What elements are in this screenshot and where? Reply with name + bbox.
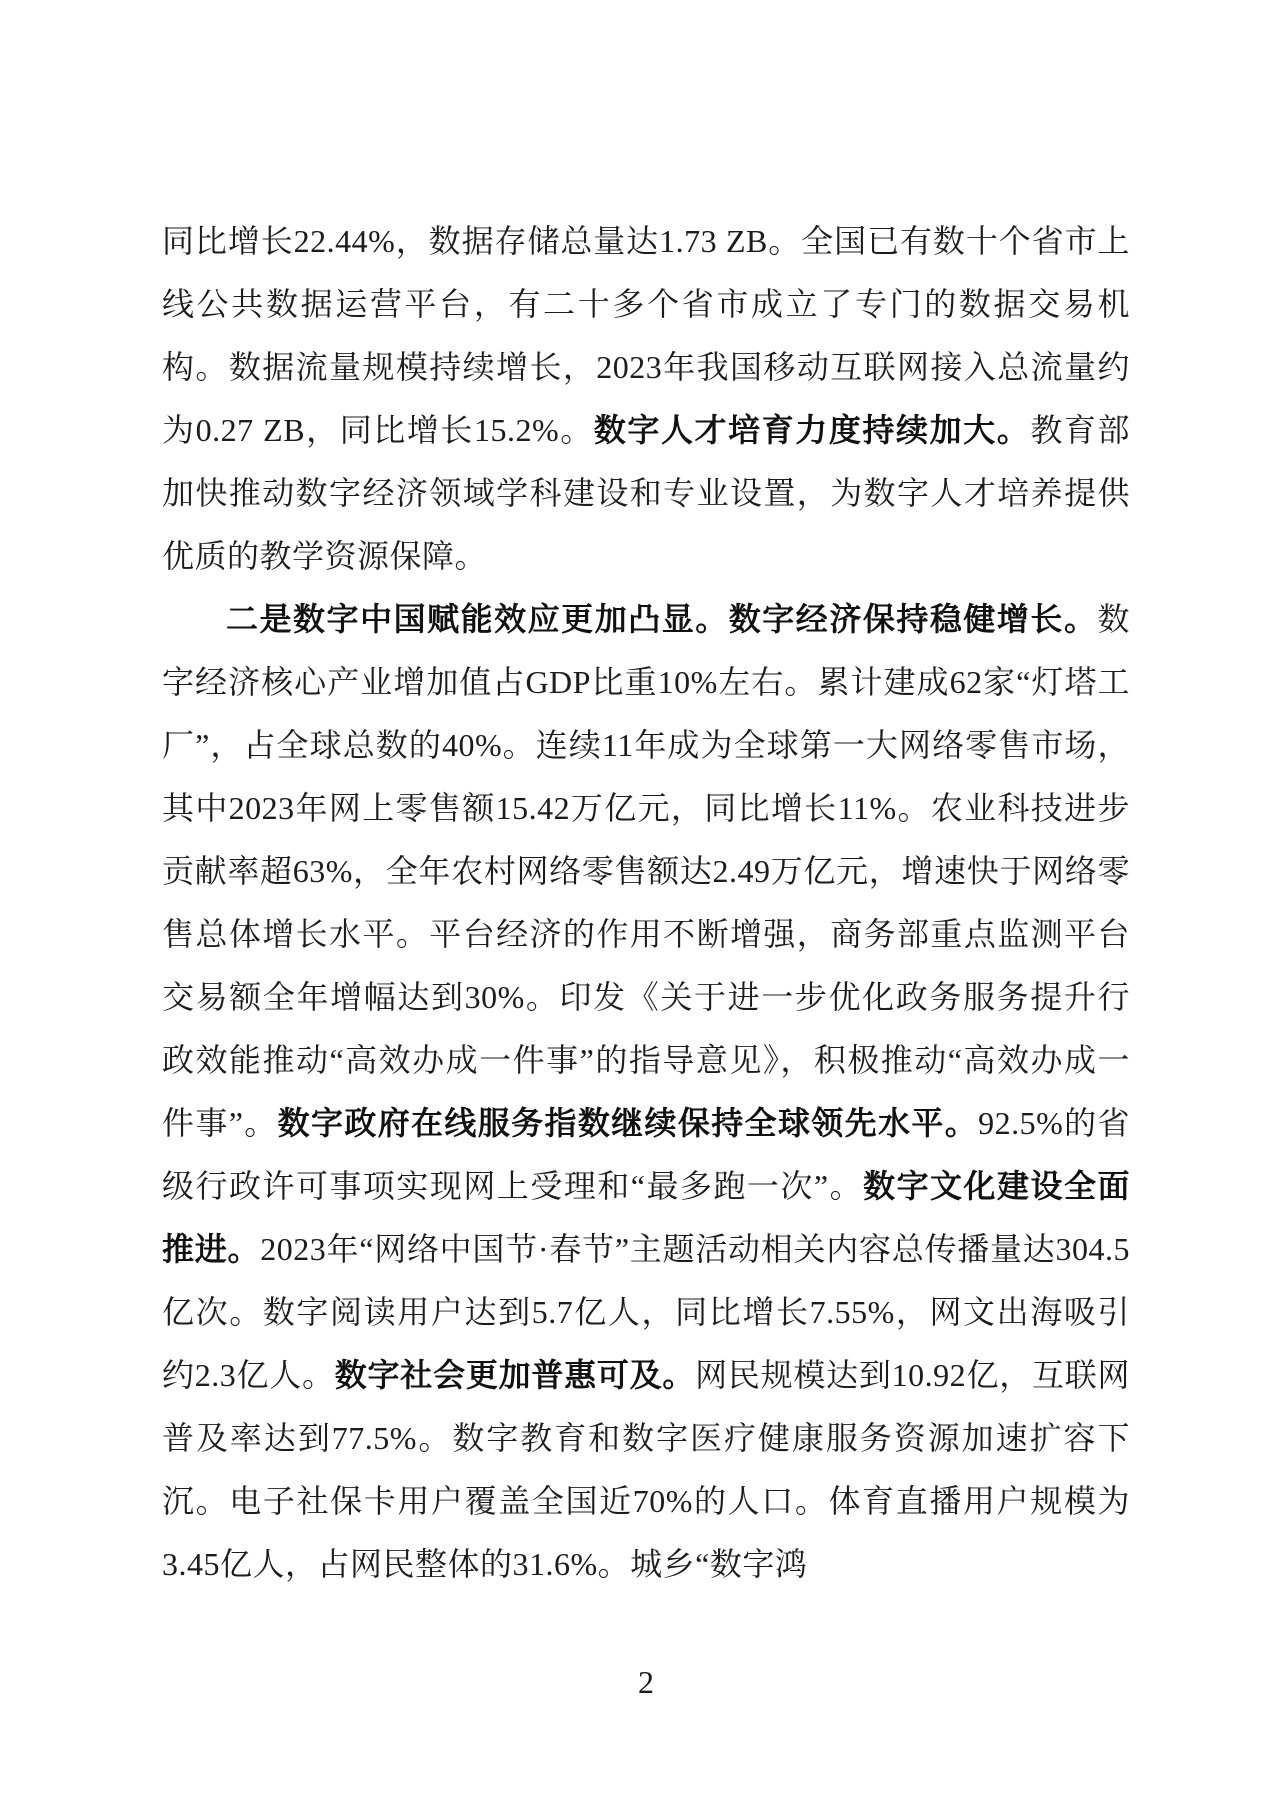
text-run: 数字经济核心产业增加值占GDP比重10%左右。累计建成62家“灯塔工厂”，占全球…	[162, 601, 1130, 1141]
emphasis-run: 数字政府在线服务指数继续保持全球领先水平。	[278, 1105, 978, 1141]
paragraph-2: 二是数字中国赋能效应更加凸显。数字经济保持稳健增长。数字经济核心产业增加值占GD…	[162, 588, 1130, 1596]
document-body: 同比增长22.44%，数据存储总量达1.73 ZB。全国已有数十个省市上线公共数…	[162, 210, 1130, 1596]
document-page: 同比增长22.44%，数据存储总量达1.73 ZB。全国已有数十个省市上线公共数…	[0, 0, 1280, 1810]
emphasis-run: 数字人才培育力度持续加大。	[594, 412, 1031, 448]
page-number: 2	[162, 1662, 1130, 1702]
emphasis-run: 数字社会更加普惠可及。	[335, 1357, 695, 1393]
paragraph-1: 同比增长22.44%，数据存储总量达1.73 ZB。全国已有数十个省市上线公共数…	[162, 210, 1130, 588]
emphasis-run: 二是数字中国赋能效应更加凸显。数字经济保持稳健增长。	[226, 601, 1097, 637]
